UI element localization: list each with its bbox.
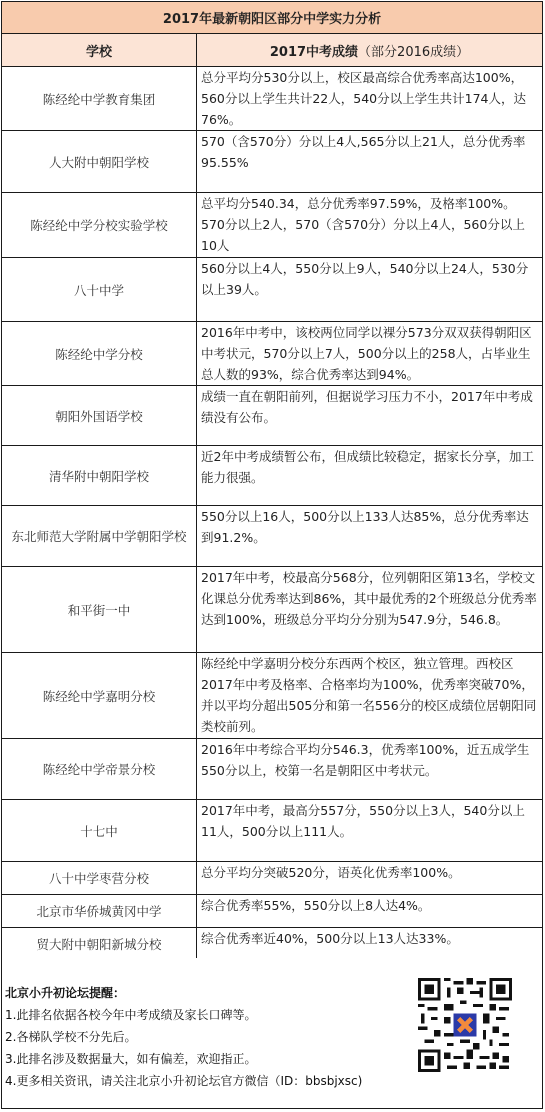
school-name: 陈经纶中学嘉明分校 bbox=[2, 653, 197, 739]
table-header-row: 学校 2017中考成绩（部分2016成绩） bbox=[2, 34, 543, 67]
school-name: 十七中 bbox=[2, 800, 197, 862]
school-name: 人大附中朝阳学校 bbox=[2, 131, 197, 193]
notice-item: 2.各梯队学校不分先后。 bbox=[5, 1026, 362, 1048]
exam-result: 总平均分540.34，总分优秀率97.59%，及格率100%。570分以上2人，… bbox=[197, 193, 543, 258]
table-row: 北京市华侨城黄冈中学综合优秀率55%，550分以上8人达4%。 bbox=[2, 895, 543, 928]
exam-result: 2016年中考综合平均分546.3，优秀率100%，近五成学生550分以上，校第… bbox=[197, 739, 543, 800]
school-name: 陈经纶中学帝景分校 bbox=[2, 739, 197, 800]
footer-notice: 北京小升初论坛提醒： 1.此排名依据各校今年中考成绩及家长口碑等。 2.各梯队学… bbox=[1, 958, 543, 1109]
table-body: 陈经纶中学教育集团总分平均分530分以上，校区最高综合优秀率高达100%，560… bbox=[2, 67, 543, 960]
school-name: 北京市华侨城黄冈中学 bbox=[2, 895, 197, 928]
notice-item: 4.更多相关资讯，请关注北京小升初论坛官方微信（ID：bbsbjxsc) bbox=[5, 1070, 362, 1092]
table-row: 十七中2017年中考，最高分557分，550分以上3人，540分以上11人，50… bbox=[2, 800, 543, 862]
exam-result: 总分平均分530分以上，校区最高综合优秀率高达100%，560分以上学生共计22… bbox=[197, 67, 543, 131]
table-row: 东北师范大学附属中学朝阳学校550分以上16人，500分以上133人达85%，总… bbox=[2, 506, 543, 567]
school-name: 八十中学枣营分校 bbox=[2, 862, 197, 895]
exam-result: 550分以上16人，500分以上133人达85%，总分优秀率达到91.2%。 bbox=[197, 506, 543, 567]
exam-result: 总分平均分突破520分，语英化优秀率100%。 bbox=[197, 862, 543, 895]
school-name: 朝阳外国语学校 bbox=[2, 386, 197, 446]
notice-lines: 北京小升初论坛提醒： 1.此排名依据各校今年中考成绩及家长口碑等。 2.各梯队学… bbox=[5, 982, 362, 1092]
table-row: 贸大附中朝阳新城分校综合优秀率近40%，500分以上13人达33%。 bbox=[2, 928, 543, 960]
qr-code-icon bbox=[418, 978, 512, 1072]
table-row: 八十中学枣营分校总分平均分突破520分，语英化优秀率100%。 bbox=[2, 862, 543, 895]
exam-result: 陈经纶中学嘉明分校分东西两个校区，独立管理。西校区2017年中考及格率、合格率均… bbox=[197, 653, 543, 739]
school-name: 贸大附中朝阳新城分校 bbox=[2, 928, 197, 960]
table-row: 人大附中朝阳学校570（含570分）分以上4人,565分以上21人，总分优秀率9… bbox=[2, 131, 543, 193]
table-row: 八十中学560分以上4人，550分以上9人，540分以上24人，530分以上39… bbox=[2, 258, 543, 322]
school-name: 陈经纶中学分校 bbox=[2, 322, 197, 386]
exam-result: 成绩一直在朝阳前列，但据说学习压力不小，2017年中考成绩没有公布。 bbox=[197, 386, 543, 446]
table-row: 陈经纶中学分校2016年中考中，该校两位同学以裸分573分双双获得朝阳区中考状元… bbox=[2, 322, 543, 386]
column-header-school: 学校 bbox=[2, 34, 197, 67]
column-header-result: 2017中考成绩（部分2016成绩） bbox=[197, 34, 543, 67]
notice-item: 3.此排名涉及数据量大，如有偏差，欢迎指正。 bbox=[5, 1048, 362, 1070]
table-row: 陈经纶中学教育集团总分平均分530分以上，校区最高综合优秀率高达100%，560… bbox=[2, 67, 543, 131]
table-title-row: 2017年最新朝阳区部分中学实力分析 bbox=[2, 2, 543, 34]
school-name: 清华附中朝阳学校 bbox=[2, 446, 197, 506]
school-name: 和平街一中 bbox=[2, 567, 197, 653]
school-name: 东北师范大学附属中学朝阳学校 bbox=[2, 506, 197, 567]
table-row: 陈经纶中学帝景分校2016年中考综合平均分546.3，优秀率100%，近五成学生… bbox=[2, 739, 543, 800]
table-row: 和平街一中2017年中考，校最高分568分，位列朝阳区第13名，学校文化课总分优… bbox=[2, 567, 543, 653]
school-name: 陈经纶中学分校实验学校 bbox=[2, 193, 197, 258]
column-header-result-main: 2017中考成绩 bbox=[270, 45, 358, 60]
school-ranking-table: 2017年最新朝阳区部分中学实力分析 学校 2017中考成绩（部分2016成绩）… bbox=[1, 1, 543, 960]
table-row: 陈经纶中学嘉明分校陈经纶中学嘉明分校分东西两个校区，独立管理。西校区2017年中… bbox=[2, 653, 543, 739]
school-name: 八十中学 bbox=[2, 258, 197, 322]
table-title: 2017年最新朝阳区部分中学实力分析 bbox=[2, 2, 543, 34]
exam-result: 2016年中考中，该校两位同学以裸分573分双双获得朝阳区中考状元，570分以上… bbox=[197, 322, 543, 386]
table-row: 陈经纶中学分校实验学校总平均分540.34，总分优秀率97.59%，及格率100… bbox=[2, 193, 543, 258]
exam-result: 综合优秀率近40%，500分以上13人达33%。 bbox=[197, 928, 543, 960]
exam-result: 570（含570分）分以上4人,565分以上21人，总分优秀率95.55% bbox=[197, 131, 543, 193]
exam-result: 近2年中考成绩暂公布，但成绩比较稳定，据家长分享，加工能力很强。 bbox=[197, 446, 543, 506]
exam-result: 综合优秀率55%，550分以上8人达4%。 bbox=[197, 895, 543, 928]
table-row: 朝阳外国语学校成绩一直在朝阳前列，但据说学习压力不小，2017年中考成绩没有公布… bbox=[2, 386, 543, 446]
column-header-result-note: （部分2016成绩） bbox=[358, 45, 469, 60]
exam-result: 560分以上4人，550分以上9人，540分以上24人，530分以上39人。 bbox=[197, 258, 543, 322]
school-ranking-sheet: 2017年最新朝阳区部分中学实力分析 学校 2017中考成绩（部分2016成绩）… bbox=[1, 1, 543, 960]
notice-item: 1.此排名依据各校今年中考成绩及家长口碑等。 bbox=[5, 1004, 362, 1026]
school-name: 陈经纶中学教育集团 bbox=[2, 67, 197, 131]
table-row: 清华附中朝阳学校近2年中考成绩暂公布，但成绩比较稳定，据家长分享，加工能力很强。 bbox=[2, 446, 543, 506]
exam-result: 2017年中考，校最高分568分，位列朝阳区第13名，学校文化课总分优秀率达到8… bbox=[197, 567, 543, 653]
exam-result: 2017年中考，最高分557分，550分以上3人，540分以上11人，500分以… bbox=[197, 800, 543, 862]
notice-heading: 北京小升初论坛提醒： bbox=[5, 982, 362, 1004]
